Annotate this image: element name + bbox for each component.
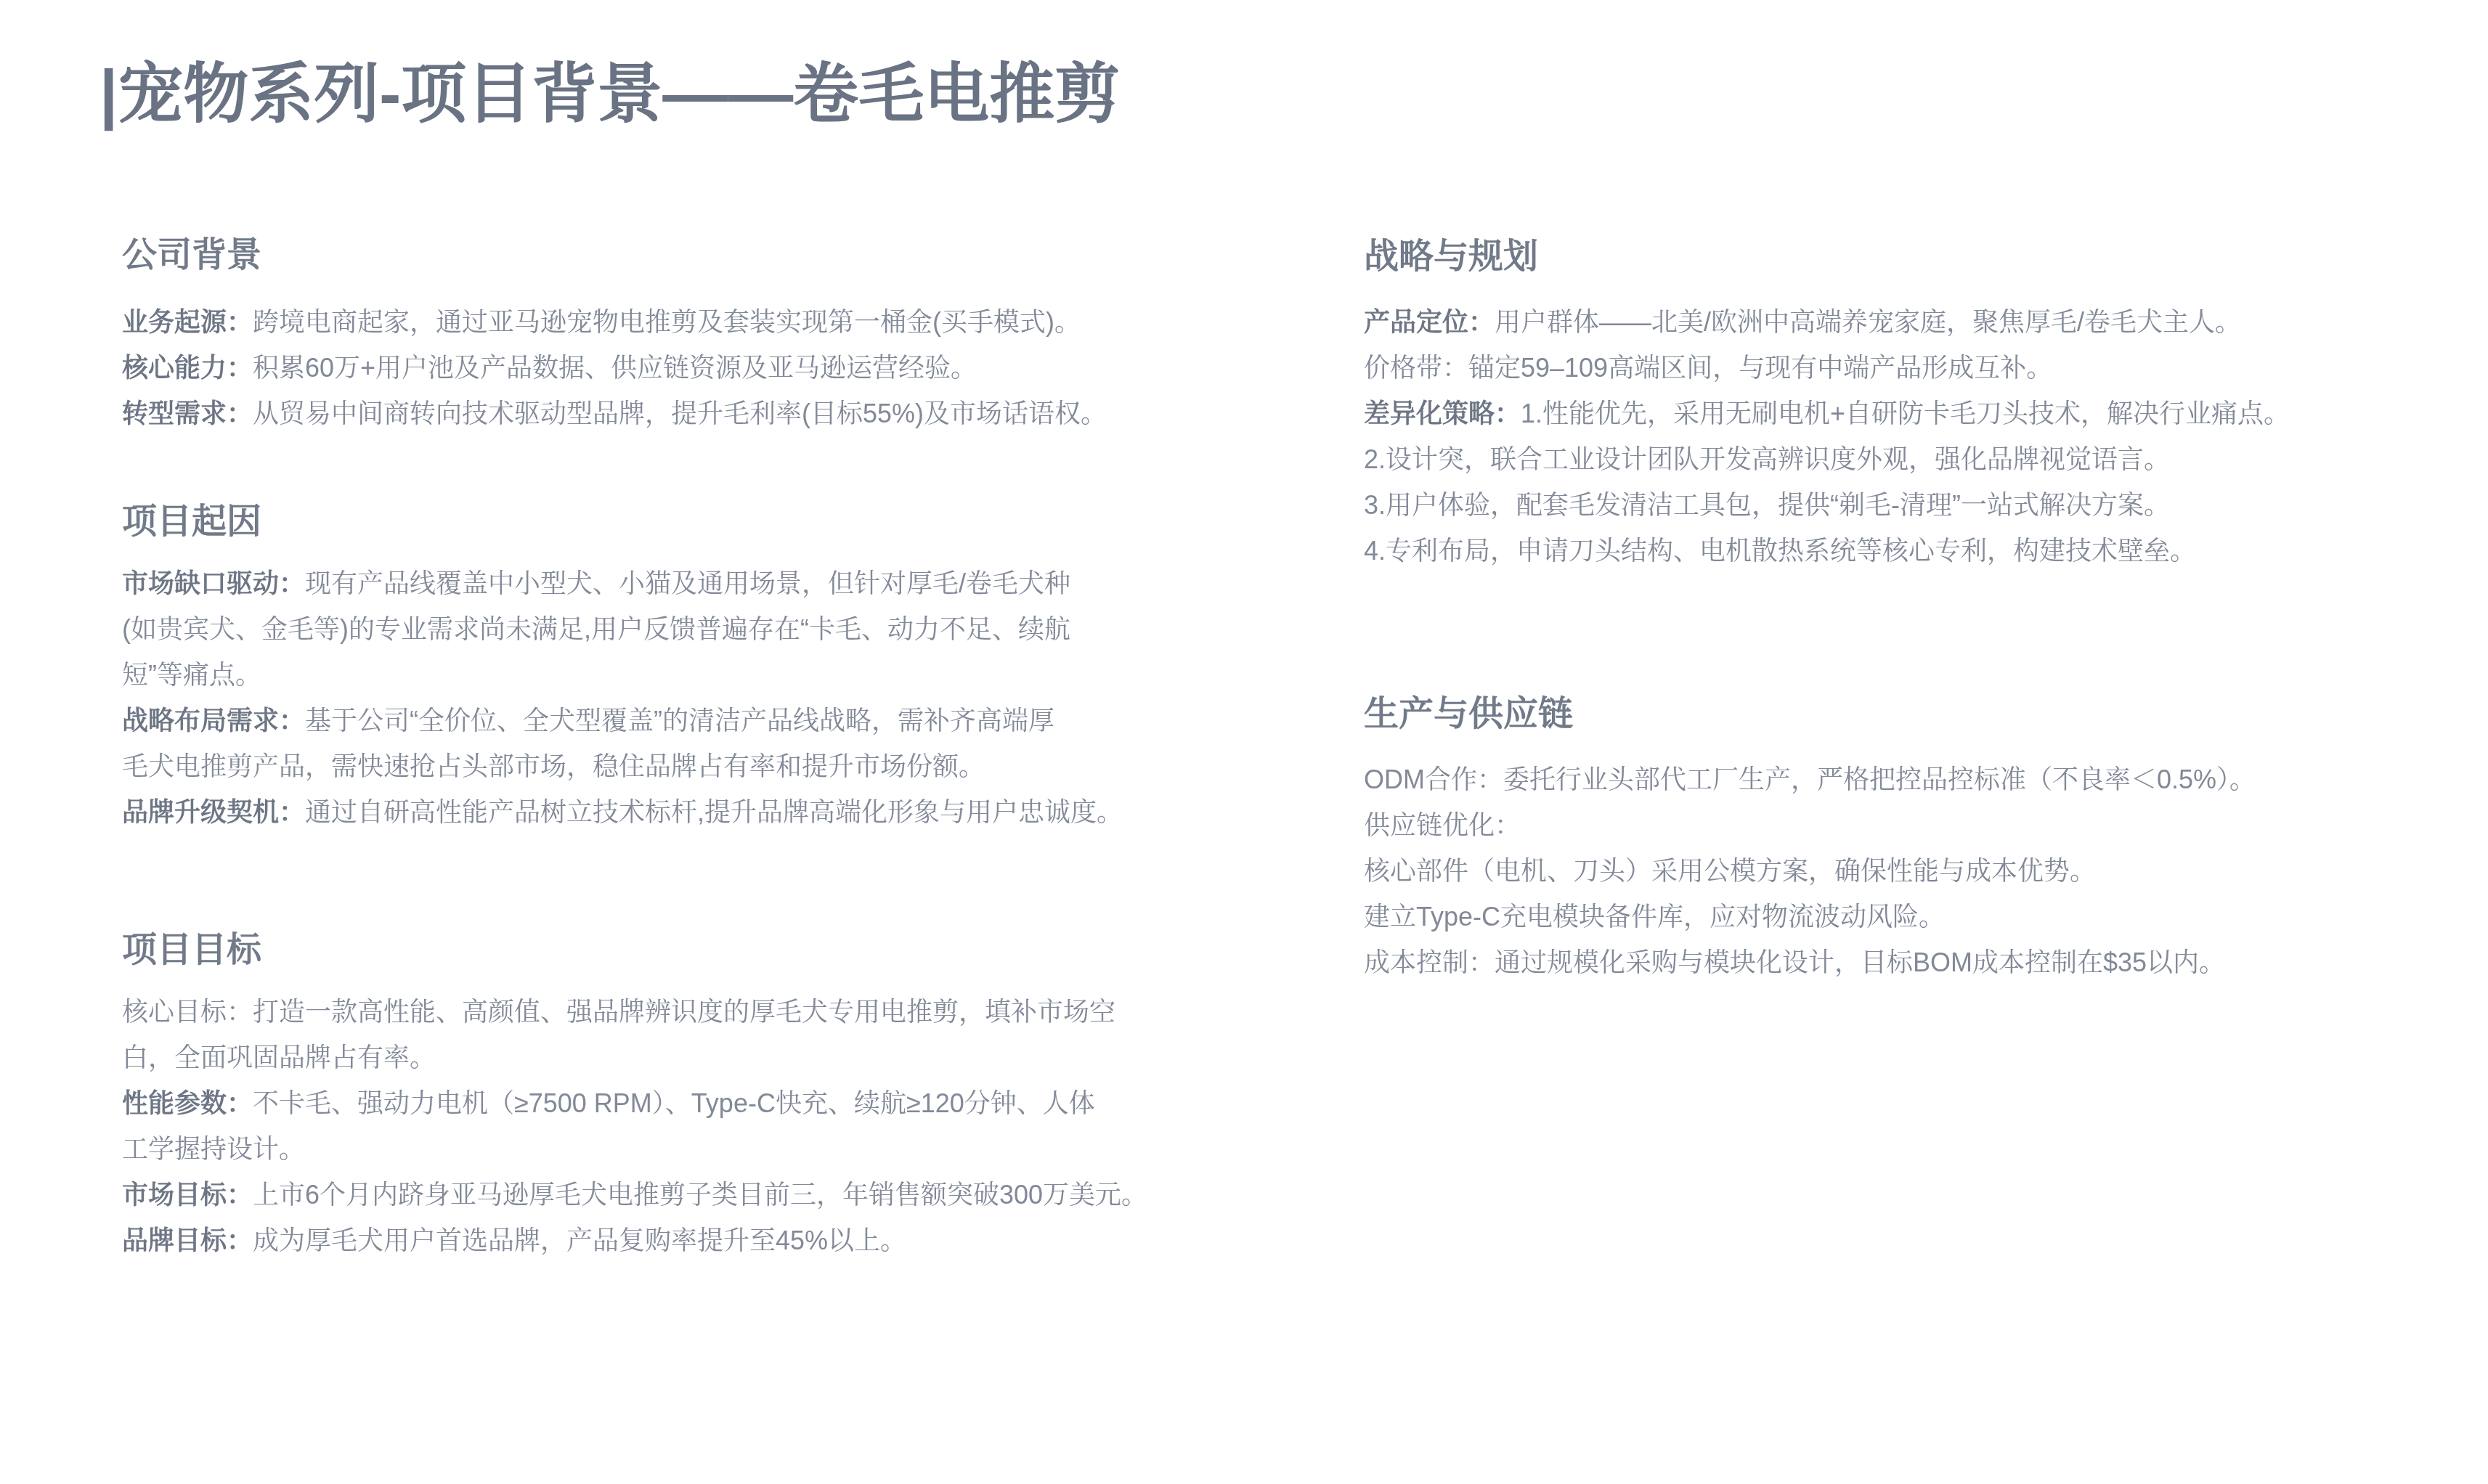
section-heading: 战略与规划 <box>1364 236 2381 278</box>
page-title: |宠物系列-项目背景——卷毛电推剪 <box>99 54 1120 135</box>
text-line: 2.设计突，联合工业设计团队开发高辨识度外观，强化品牌视觉语言。 <box>1364 436 2381 482</box>
line-text: 核心目标：打造一款高性能、高颜值、强品牌辨识度的厚毛犬专用电推剪，填补市场空 <box>122 997 1115 1027</box>
line-text: 建立Type-C充电模块备件库，应对物流波动风险。 <box>1364 902 1945 931</box>
line-label: 产品定位： <box>1364 307 1495 337</box>
line-text: 工学握持设计。 <box>122 1134 305 1164</box>
line-text: 跨境电商起家，通过亚马逊宠物电推剪及套装实现第一桶金(买手模式)。 <box>253 307 1081 337</box>
line-text: 3.用户体验，配套毛发清洁工具包，提供“剃毛-清理”一站式解决方案。 <box>1364 490 2170 520</box>
line-text: 4.专利布局，申请刀头结构、电机散热系统等核心专利，构建技术壁垒。 <box>1364 536 2196 566</box>
slide: |宠物系列-项目背景——卷毛电推剪 公司背景 业务起源：跨境电商起家，通过亚马逊… <box>0 0 2488 1484</box>
text-line: 供应链优化： <box>1364 802 2381 848</box>
text-line: 毛犬电推剪产品，需快速抢占头部市场，稳住品牌占有率和提升市场份额。 <box>122 743 1240 789</box>
section-heading: 项目目标 <box>122 929 1240 971</box>
line-text: 2.设计突，联合工业设计团队开发高辨识度外观，强化品牌视觉语言。 <box>1364 444 2170 474</box>
line-label: 性能参数： <box>122 1088 253 1118</box>
text-line: 工学握持设计。 <box>122 1126 1240 1172</box>
text-line: 市场目标：上市6个月内跻身亚马逊厚毛犬电推剪子类目前三，年销售额突破300万美元… <box>122 1172 1240 1218</box>
text-line: 差异化策略：1.性能优先，采用无刷电机+自研防卡毛刀头技术，解决行业痛点。 <box>1364 391 2381 436</box>
line-text: (如贵宾犬、金毛等)的专业需求尚未满足,用户反馈普遍存在“卡毛、动力不足、续航 <box>122 614 1070 644</box>
text-line: 价格带：锚定59–109高端区间，与现有中端产品形成互补。 <box>1364 345 2381 391</box>
line-label: 市场目标： <box>122 1180 253 1210</box>
text-line: 成本控制：通过规模化采购与模块化设计，目标BOM成本控制在$35以内。 <box>1364 939 2381 985</box>
text-line: 白，全面巩固品牌占有率。 <box>122 1035 1240 1080</box>
section-body: ODM合作：委托行业头部代工厂生产，严格把控品控标准（不良率＜0.5%）。 供应… <box>1364 757 2381 985</box>
text-line: 核心部件（电机、刀头）采用公模方案，确保性能与成本优势。 <box>1364 848 2381 894</box>
text-line: 短”等痛点。 <box>122 652 1240 698</box>
text-line: 市场缺口驱动：现有产品线覆盖中小型犬、小猫及通用场景，但针对厚毛/卷毛犬种 <box>122 560 1240 606</box>
text-line: 性能参数：不卡毛、强动力电机（≥7500 RPM）、Type-C快充、续航≥12… <box>122 1080 1240 1126</box>
line-text: 现有产品线覆盖中小型犬、小猫及通用场景，但针对厚毛/卷毛犬种 <box>305 568 1070 598</box>
line-text: 积累60万+用户池及产品数据、供应链资源及亚马逊运营经验。 <box>253 353 977 383</box>
text-line: 3.用户体验，配套毛发清洁工具包，提供“剃毛-清理”一站式解决方案。 <box>1364 482 2381 528</box>
line-text: ODM合作：委托行业头部代工厂生产，严格把控品控标准（不良率＜0.5%）。 <box>1364 765 2256 794</box>
section-project-origin: 项目起因 市场缺口驱动：现有产品线覆盖中小型犬、小猫及通用场景，但针对厚毛/卷毛… <box>122 501 1240 835</box>
line-text: 成本控制：通过规模化采购与模块化设计，目标BOM成本控制在$35以内。 <box>1364 947 2225 977</box>
line-text: 供应链优化： <box>1364 810 1521 840</box>
line-label: 业务起源： <box>122 307 253 337</box>
text-line: 业务起源：跨境电商起家，通过亚马逊宠物电推剪及套装实现第一桶金(买手模式)。 <box>122 299 1240 345</box>
section-heading: 项目起因 <box>122 501 1240 543</box>
line-label: 转型需求： <box>122 399 253 428</box>
section-body: 业务起源：跨境电商起家，通过亚马逊宠物电推剪及套装实现第一桶金(买手模式)。 核… <box>122 299 1240 436</box>
text-line: 产品定位：用户群体——北美/欧洲中高端养宠家庭，聚焦厚毛/卷毛犬主人。 <box>1364 299 2381 345</box>
line-text: 1.性能优先，采用无刷电机+自研防卡毛刀头技术，解决行业痛点。 <box>1521 399 2290 428</box>
text-line: 转型需求：从贸易中间商转向技术驱动型品牌，提升毛利率(目标55%)及市场话语权。 <box>122 391 1240 436</box>
section-strategy-planning: 战略与规划 产品定位：用户群体——北美/欧洲中高端养宠家庭，聚焦厚毛/卷毛犬主人… <box>1364 236 2381 574</box>
line-text: 用户群体——北美/欧洲中高端养宠家庭，聚焦厚毛/卷毛犬主人。 <box>1495 307 2241 337</box>
text-line: 核心能力：积累60万+用户池及产品数据、供应链资源及亚马逊运营经验。 <box>122 345 1240 391</box>
line-text: 基于公司“全价位、全犬型覆盖”的清洁产品线战略，需补齐高端厚 <box>305 706 1054 735</box>
line-text: 短”等痛点。 <box>122 660 261 690</box>
text-line: 4.专利布局，申请刀头结构、电机散热系统等核心专利，构建技术壁垒。 <box>1364 528 2381 574</box>
line-text: 成为厚毛犬用户首选品牌，产品复购率提升至45%以上。 <box>253 1226 906 1255</box>
line-text: 上市6个月内跻身亚马逊厚毛犬电推剪子类目前三，年销售额突破300万美元。 <box>253 1180 1147 1210</box>
line-label: 品牌目标： <box>122 1226 253 1255</box>
text-line: 核心目标：打造一款高性能、高颜值、强品牌辨识度的厚毛犬专用电推剪，填补市场空 <box>122 989 1240 1035</box>
section-project-goals: 项目目标 核心目标：打造一款高性能、高颜值、强品牌辨识度的厚毛犬专用电推剪，填补… <box>122 929 1240 1263</box>
text-line: 建立Type-C充电模块备件库，应对物流波动风险。 <box>1364 894 2381 939</box>
line-label: 品牌升级契机： <box>122 797 305 827</box>
line-label: 差异化策略： <box>1364 399 1521 428</box>
line-text: 价格带：锚定59–109高端区间，与现有中端产品形成互补。 <box>1364 353 2052 383</box>
line-label: 核心能力： <box>122 353 253 383</box>
line-text: 毛犬电推剪产品，需快速抢占头部市场，稳住品牌占有率和提升市场份额。 <box>122 751 985 781</box>
section-body: 产品定位：用户群体——北美/欧洲中高端养宠家庭，聚焦厚毛/卷毛犬主人。 价格带：… <box>1364 299 2381 574</box>
text-line: 品牌目标：成为厚毛犬用户首选品牌，产品复购率提升至45%以上。 <box>122 1218 1240 1263</box>
section-company-background: 公司背景 业务起源：跨境电商起家，通过亚马逊宠物电推剪及套装实现第一桶金(买手模… <box>122 235 1240 436</box>
line-label: 市场缺口驱动： <box>122 568 305 598</box>
line-text: 从贸易中间商转向技术驱动型品牌，提升毛利率(目标55%)及市场话语权。 <box>253 399 1107 428</box>
line-text: 通过自研高性能产品树立技术标杆,提升品牌高端化形象与用户忠诚度。 <box>305 797 1123 827</box>
text-line: 品牌升级契机：通过自研高性能产品树立技术标杆,提升品牌高端化形象与用户忠诚度。 <box>122 789 1240 835</box>
section-heading: 公司背景 <box>122 235 1240 277</box>
text-line: ODM合作：委托行业头部代工厂生产，严格把控品控标准（不良率＜0.5%）。 <box>1364 757 2381 802</box>
line-text: 白，全面巩固品牌占有率。 <box>122 1043 436 1072</box>
text-line: (如贵宾犬、金毛等)的专业需求尚未满足,用户反馈普遍存在“卡毛、动力不足、续航 <box>122 606 1240 652</box>
line-text: 核心部件（电机、刀头）采用公模方案，确保性能与成本优势。 <box>1364 856 2096 886</box>
section-body: 市场缺口驱动：现有产品线覆盖中小型犬、小猫及通用场景，但针对厚毛/卷毛犬种 (如… <box>122 560 1240 835</box>
section-heading: 生产与供应链 <box>1364 693 2381 735</box>
line-label: 战略布局需求： <box>122 706 305 735</box>
section-body: 核心目标：打造一款高性能、高颜值、强品牌辨识度的厚毛犬专用电推剪，填补市场空 白… <box>122 989 1240 1263</box>
text-line: 战略布局需求：基于公司“全价位、全犬型覆盖”的清洁产品线战略，需补齐高端厚 <box>122 698 1240 743</box>
line-text: 不卡毛、强动力电机（≥7500 RPM）、Type-C快充、续航≥120分钟、人… <box>253 1088 1095 1118</box>
section-production-supply-chain: 生产与供应链 ODM合作：委托行业头部代工厂生产，严格把控品控标准（不良率＜0.… <box>1364 693 2381 985</box>
